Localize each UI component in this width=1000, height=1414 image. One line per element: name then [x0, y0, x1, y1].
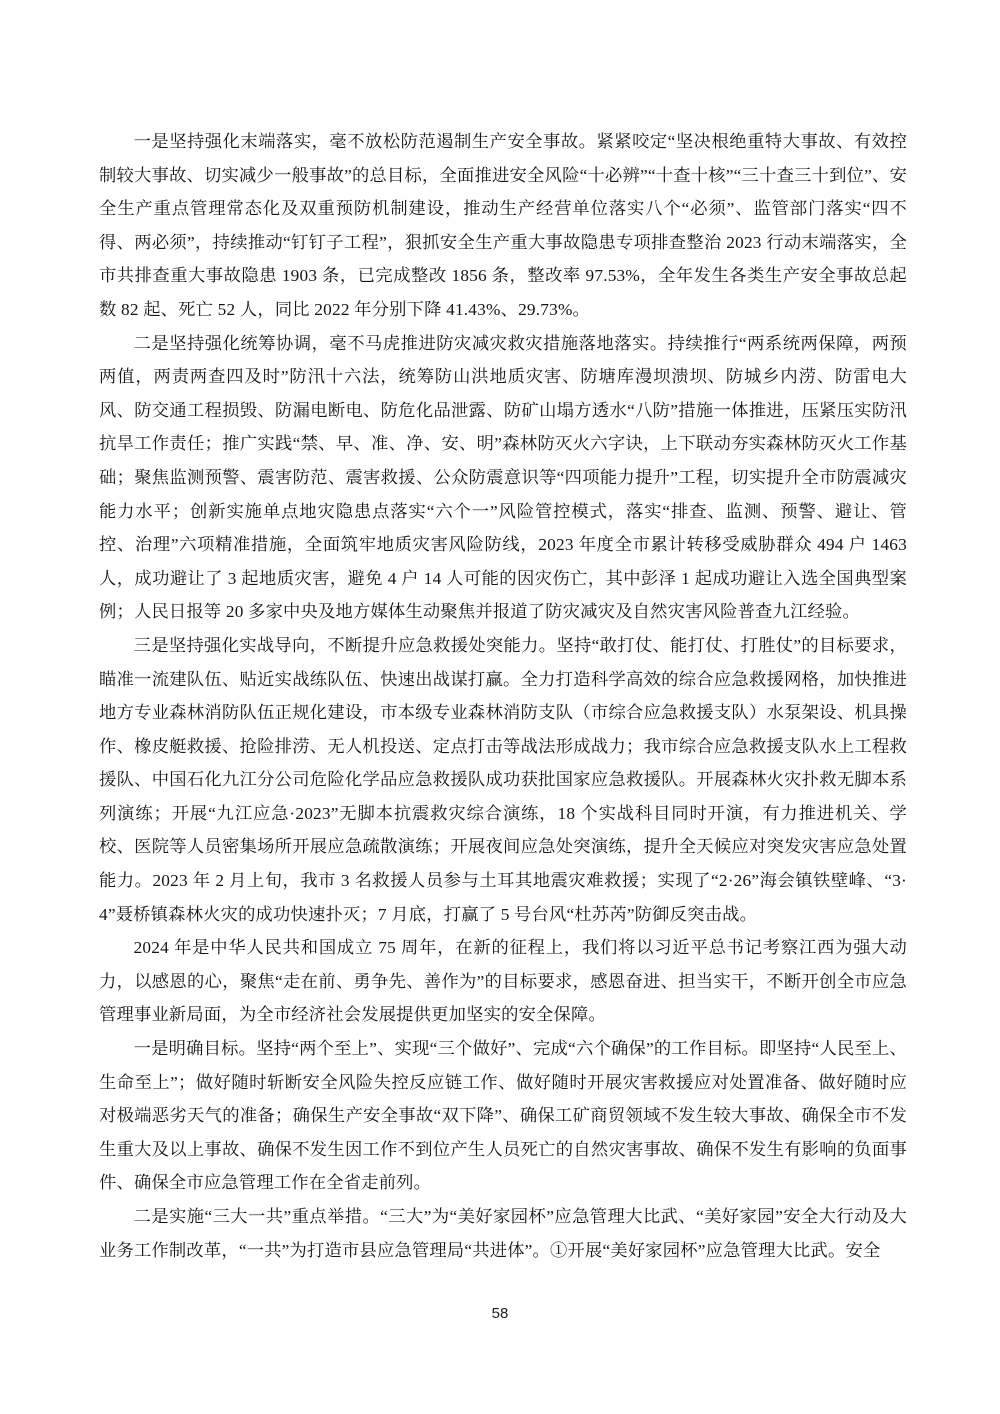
document-body: 一是坚持强化末端落实，毫不放松防范遏制生产安全事故。紧紧咬定“坚决根绝重特大事故…: [99, 125, 907, 1267]
paragraph-disaster-coordination: 二是坚持强化统筹协调，毫不马虎推进防灾减灾救灾措施落地落实。持续推行“两系统两保…: [99, 327, 907, 629]
document-page: 一是坚持强化末端落实，毫不放松防范遏制生产安全事故。紧紧咬定“坚决根绝重特大事故…: [0, 0, 1000, 1414]
paragraph-2024-outlook: 2024 年是中华人民共和国成立 75 周年，在新的征程上，我们将以习近平总书记…: [99, 931, 907, 1032]
paragraph-goals: 一是明确目标。坚持“两个至上”、实现“三个做好”、完成“六个确保”的工作目标。即…: [99, 1032, 907, 1200]
paragraph-rescue-capability: 三是坚持强化实战导向，不断提升应急救援处突能力。坚持“敢打仗、能打仗、打胜仗”的…: [99, 629, 907, 931]
page-number: 58: [492, 1305, 509, 1322]
paragraph-safety-production: 一是坚持强化末端落实，毫不放松防范遏制生产安全事故。紧紧咬定“坚决根绝重特大事故…: [99, 125, 907, 327]
paragraph-key-measures: 二是实施“三大一共”重点举措。“三大”为“美好家园杯”应急管理大比武、“美好家园…: [99, 1200, 907, 1267]
page-footer: 58: [0, 1305, 1000, 1323]
